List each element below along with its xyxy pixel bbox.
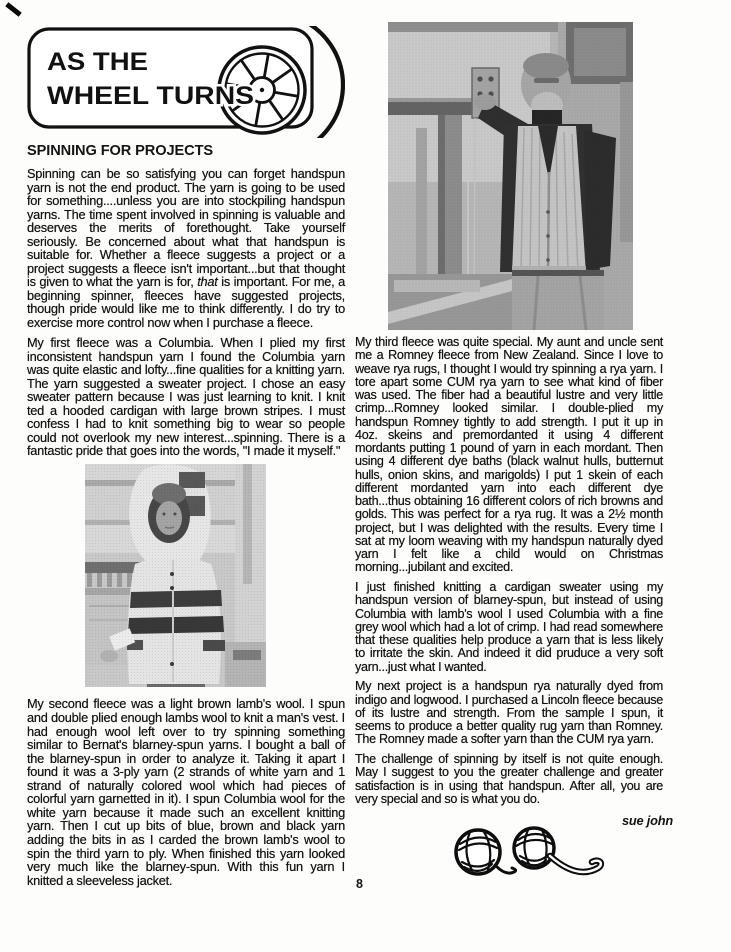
paragraph-intro-text: Spinning can be so satisfying you can fo… <box>27 166 345 289</box>
paragraph-second-fleece: My second fleece was a light brown lamb'… <box>27 697 345 887</box>
left-column: SPINNING FOR PROJECTS Spinning can be so… <box>27 143 345 894</box>
right-column: My third fleece was quite special. My au… <box>355 336 663 828</box>
yarn-balls-icon <box>448 824 608 880</box>
paragraph-first-fleece: My first fleece was a Columbia. When I p… <box>27 336 345 458</box>
paragraph-intro: Spinning can be so satisfying you can fo… <box>27 167 345 330</box>
photo-striped-cardigan <box>85 464 266 687</box>
paragraph-cardigan-sweater: I just finished knitting a cardigan swea… <box>355 581 663 674</box>
paragraph-challenge: The challenge of spinning by itself is n… <box>355 753 663 806</box>
scan-artifact <box>5 2 21 16</box>
paragraph-next-project: My next project is a handspun rya natura… <box>355 680 663 746</box>
masthead-title-line1: AS THE <box>47 48 148 76</box>
paragraph-third-fleece: My third fleece was quite special. My au… <box>355 336 663 575</box>
newsletter-page: AS THE WHEEL TURNS <box>0 0 731 952</box>
page-number: 8 <box>356 877 363 891</box>
masthead-logo: AS THE WHEEL TURNS <box>25 26 345 138</box>
article-heading: SPINNING FOR PROJECTS <box>27 143 345 159</box>
photo-loom-portrait <box>388 22 633 330</box>
masthead-title-line2: WHEEL TURNS <box>47 82 254 110</box>
